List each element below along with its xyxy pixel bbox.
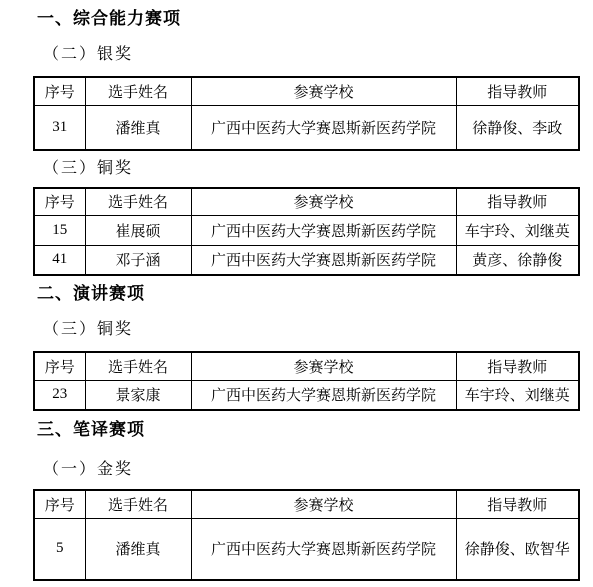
section-heading-speech: 二、演讲赛项 [37,284,593,304]
header-teachers: 指导教师 [456,77,579,105]
cell-serial: 15 [34,215,85,245]
cell-serial: 23 [34,380,85,410]
cell-name: 崔展硕 [85,215,191,245]
header-teachers: 指导教师 [456,352,579,380]
cell-serial: 5 [34,518,85,580]
header-serial: 序号 [34,77,85,105]
table-row: 15 崔展硕 广西中医药大学赛恩斯新医药学院 车宇玲、刘继英 [34,215,579,245]
cell-serial: 31 [34,105,85,150]
table-header-row: 序号 选手姓名 参赛学校 指导教师 [34,352,579,380]
cell-name: 潘维真 [85,105,191,150]
header-name: 选手姓名 [85,352,191,380]
table-header-row: 序号 选手姓名 参赛学校 指导教师 [34,77,579,105]
subheading-bronze-award: （三）铜奖 [43,159,593,179]
table-header-row: 序号 选手姓名 参赛学校 指导教师 [34,490,579,518]
header-serial: 序号 [34,188,85,215]
cell-name: 景家康 [85,380,191,410]
header-serial: 序号 [34,490,85,518]
subheading-gold-award: （一）金奖 [43,460,593,480]
header-name: 选手姓名 [85,188,191,215]
cell-teachers: 黄彦、徐静俊 [456,245,579,275]
table-row: 5 潘维真 广西中医药大学赛恩斯新医药学院 徐静俊、欧智华 [34,518,579,580]
cell-teachers: 徐静俊、欧智华 [456,518,579,580]
cell-serial: 41 [34,245,85,275]
header-school: 参赛学校 [191,188,456,215]
subheading-bronze-award: （三）铜奖 [43,320,593,340]
cell-school: 广西中医药大学赛恩斯新医药学院 [191,105,456,150]
cell-school: 广西中医药大学赛恩斯新医药学院 [191,245,456,275]
table-header-row: 序号 选手姓名 参赛学校 指导教师 [34,188,579,215]
table-row: 31 潘维真 广西中医药大学赛恩斯新医药学院 徐静俊、李政 [34,105,579,150]
header-school: 参赛学校 [191,490,456,518]
cell-school: 广西中医药大学赛恩斯新医药学院 [191,215,456,245]
award-table-comprehensive-silver: 序号 选手姓名 参赛学校 指导教师 31 潘维真 广西中医药大学赛恩斯新医药学院… [33,76,580,151]
subheading-silver-award: （二）银奖 [43,45,593,65]
cell-teachers: 车宇玲、刘继英 [456,215,579,245]
table-row: 41 邓子涵 广西中医药大学赛恩斯新医药学院 黄彦、徐静俊 [34,245,579,275]
award-table-comprehensive-bronze: 序号 选手姓名 参赛学校 指导教师 15 崔展硕 广西中医药大学赛恩斯新医药学院… [33,187,580,276]
header-name: 选手姓名 [85,77,191,105]
cell-school: 广西中医药大学赛恩斯新医药学院 [191,380,456,410]
document-page: 一、综合能力赛项 （二）银奖 序号 选手姓名 参赛学校 指导教师 31 潘维真 … [0,0,593,587]
header-teachers: 指导教师 [456,188,579,215]
header-teachers: 指导教师 [456,490,579,518]
cell-teachers: 车宇玲、刘继英 [456,380,579,410]
cell-name: 邓子涵 [85,245,191,275]
section-heading-comprehensive: 一、综合能力赛项 [37,9,593,29]
cell-teachers: 徐静俊、李政 [456,105,579,150]
table-row: 23 景家康 广西中医药大学赛恩斯新医药学院 车宇玲、刘继英 [34,380,579,410]
cell-school: 广西中医药大学赛恩斯新医药学院 [191,518,456,580]
header-school: 参赛学校 [191,352,456,380]
header-serial: 序号 [34,352,85,380]
cell-name: 潘维真 [85,518,191,580]
header-name: 选手姓名 [85,490,191,518]
section-heading-translation: 三、笔译赛项 [37,420,593,440]
header-school: 参赛学校 [191,77,456,105]
award-table-translation-gold: 序号 选手姓名 参赛学校 指导教师 5 潘维真 广西中医药大学赛恩斯新医药学院 … [33,489,580,581]
award-table-speech-bronze: 序号 选手姓名 参赛学校 指导教师 23 景家康 广西中医药大学赛恩斯新医药学院… [33,351,580,411]
